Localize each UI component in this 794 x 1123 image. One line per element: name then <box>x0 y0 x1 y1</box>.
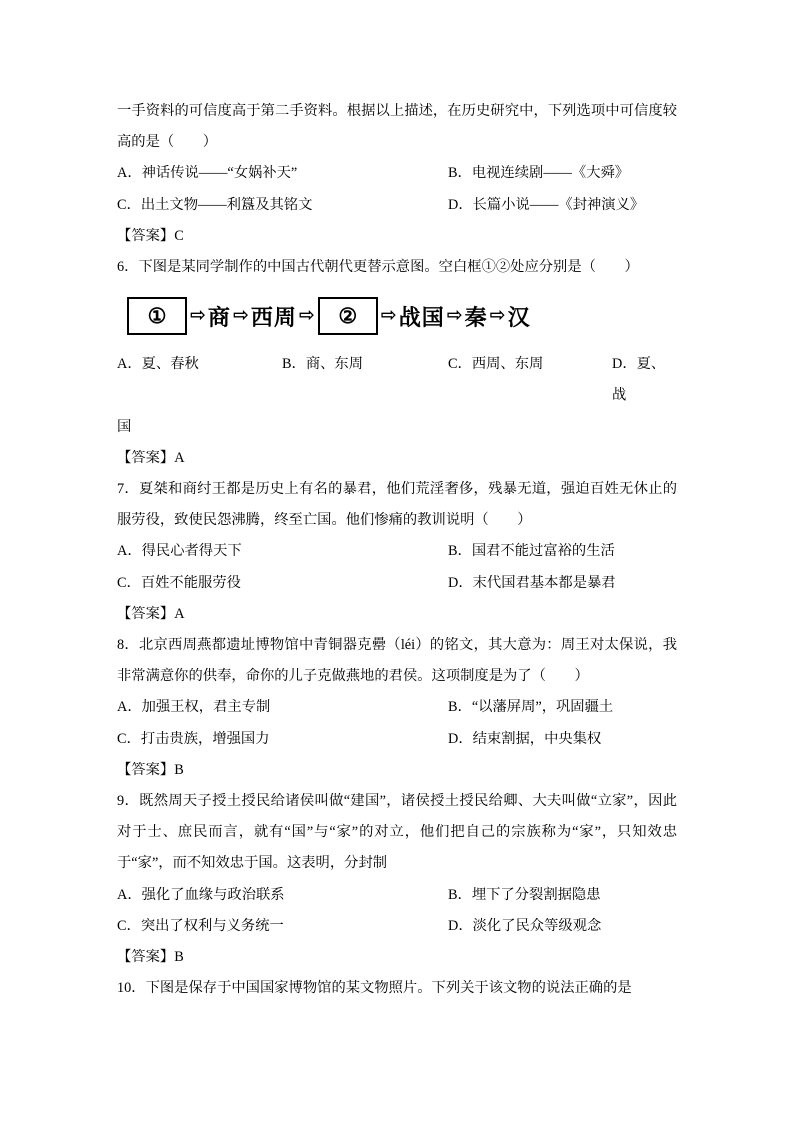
q8-answer-line: 【答案】B <box>117 755 677 786</box>
q6-option-d: D．夏、战 <box>612 349 677 411</box>
q9-option-d: D．淡化了民众等级观念 <box>448 911 601 942</box>
q7-answer-line: 【答案】A <box>117 599 677 630</box>
answer-value: B <box>174 762 184 778</box>
q8-options-row-2: C．打击贵族，增强国力 D．结束割据，中央集权 <box>117 724 677 755</box>
q9-options-row-1: A．强化了血缘与政治联系 B．埋下了分裂割据隐患 <box>117 880 677 911</box>
answer-label: 【答案】 <box>117 606 174 622</box>
q8-option-c: C．打击贵族，增强国力 <box>117 724 448 755</box>
q7-option-b: B．国君不能过富裕的生活 <box>448 536 615 567</box>
diagram-node-xizhou: 西周 <box>251 301 297 332</box>
question-10: 10．下图是保存于中国国家博物馆的某文物照片。下列关于该文物的说法正确的是 <box>117 973 677 1004</box>
question-9: 9．既然周天子授土授民给诸侯叫做“建国”，诸侯授土授民给卿、大夫叫做“立家”，因… <box>117 786 677 973</box>
q5-stem: 一手资料的可信度高于第二手资料。根据以上描述，在历史研究中，下列选项中可信度较高… <box>117 96 677 158</box>
question-7: 7．夏桀和商纣王都是历史上有名的暴君，他们荒淫奢侈，残暴无道，强迫百姓无休止的服… <box>117 474 677 630</box>
answer-value: A <box>174 606 184 622</box>
q5-options-row-2: C．出土文物——利簋及其铭文 D．长篇小说——《封神演义》 <box>117 190 677 221</box>
q7-option-d: D．末代国君基本都是暴君 <box>448 568 616 599</box>
q9-answer-line: 【答案】B <box>117 942 677 973</box>
q5-option-b: B．电视连续剧——《大舜》 <box>448 158 629 189</box>
right-arrow-icon: ⇨ <box>299 304 315 326</box>
diagram-blank-box-2: ② <box>318 297 378 335</box>
answer-value: C <box>174 228 184 244</box>
answer-value: B <box>174 949 184 965</box>
q6-option-b: B．商、东周 <box>282 349 448 411</box>
q7-stem: 7．夏桀和商纣王都是历史上有名的暴君，他们荒淫奢侈，残暴无道，强迫百姓无休止的服… <box>117 474 677 536</box>
q5-option-d: D．长篇小说——《封神演义》 <box>448 190 644 221</box>
q9-option-c: C．突出了权利与义务统一 <box>117 911 448 942</box>
q9-option-b: B．埋下了分裂割据隐患 <box>448 880 601 911</box>
q8-option-d: D．结束割据，中央集权 <box>448 724 601 755</box>
q8-option-a: A．加强王权，君主专制 <box>117 692 448 723</box>
q9-option-a: A．强化了血缘与政治联系 <box>117 880 448 911</box>
q9-options-row-2: C．突出了权利与义务统一 D．淡化了民众等级观念 <box>117 911 677 942</box>
q10-stem: 10．下图是保存于中国国家博物馆的某文物照片。下列关于该文物的说法正确的是 <box>117 973 677 1004</box>
q8-options-row-1: A．加强王权，君主专制 B．“以藩屏周”，巩固疆土 <box>117 692 677 723</box>
q6-stem: 6．下图是某同学制作的中国古代朝代更替示意图。空白框①②处应分别是（ ） <box>117 252 677 283</box>
diagram-node-shang: 商 <box>208 301 231 332</box>
q7-option-c: C．百姓不能服劳役 <box>117 568 448 599</box>
right-arrow-icon: ⇨ <box>190 304 206 326</box>
right-arrow-icon: ⇨ <box>381 304 397 326</box>
q6-option-a: A．夏、春秋 <box>117 349 282 411</box>
answer-label: 【答案】 <box>117 228 174 244</box>
right-arrow-icon: ⇨ <box>447 304 463 326</box>
q7-options-row-2: C．百姓不能服劳役 D．末代国君基本都是暴君 <box>117 568 677 599</box>
diagram-blank-box-1: ① <box>127 297 187 335</box>
answer-value: A <box>174 450 184 466</box>
answer-label: 【答案】 <box>117 762 174 778</box>
q7-options-row-1: A．得民心者得天下 B．国君不能过富裕的生活 <box>117 536 677 567</box>
diagram-node-han: 汉 <box>508 301 531 332</box>
q8-option-b: B．“以藩屏周”，巩固疆土 <box>448 692 613 723</box>
q6-dynasty-sequence-diagram: ① ⇨ 商 ⇨ 西周 ⇨ ② ⇨ 战国 ⇨ 秦 ⇨ 汉 <box>117 283 677 349</box>
answer-label: 【答案】 <box>117 450 174 466</box>
document-page: 一手资料的可信度高于第二手资料。根据以上描述，在历史研究中，下列选项中可信度较高… <box>0 0 794 1123</box>
q5-answer-line: 【答案】C <box>117 221 677 252</box>
diagram-node-zhanguo: 战国 <box>399 301 445 332</box>
question-6: 6．下图是某同学制作的中国古代朝代更替示意图。空白框①②处应分别是（ ） ① ⇨… <box>117 252 677 474</box>
right-arrow-icon: ⇨ <box>490 304 506 326</box>
q8-stem: 8．北京西周燕都遗址博物馆中青铜器克罍（léi）的铭文，其大意为：周王对太保说，… <box>117 630 677 692</box>
q6-options-row: A．夏、春秋 B．商、东周 C．西周、东周 D．夏、战 <box>117 349 677 411</box>
q6-answer-line: 【答案】A <box>117 443 677 474</box>
q6-option-c: C．西周、东周 <box>448 349 612 411</box>
q5-option-c: C．出土文物——利簋及其铭文 <box>117 190 448 221</box>
diagram-node-qin: 秦 <box>465 301 488 332</box>
q6-option-d-wrap: 国 <box>117 412 677 443</box>
q9-stem: 9．既然周天子授土授民给诸侯叫做“建国”，诸侯授土授民给卿、大夫叫做“立家”，因… <box>117 786 677 880</box>
q5-option-a: A．神话传说——“女娲补天” <box>117 158 448 189</box>
question-5: 一手资料的可信度高于第二手资料。根据以上描述，在历史研究中，下列选项中可信度较高… <box>117 96 677 252</box>
question-8: 8．北京西周燕都遗址博物馆中青铜器克罍（léi）的铭文，其大意为：周王对太保说，… <box>117 630 677 786</box>
right-arrow-icon: ⇨ <box>233 304 249 326</box>
q7-option-a: A．得民心者得天下 <box>117 536 448 567</box>
q5-options-row-1: A．神话传说——“女娲补天” B．电视连续剧——《大舜》 <box>117 158 677 189</box>
answer-label: 【答案】 <box>117 949 174 965</box>
